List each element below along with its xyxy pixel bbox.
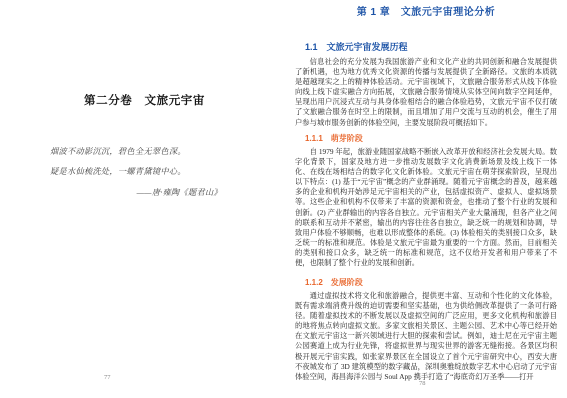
subsection-2-paragraph: 通过虚拟技术将文化和旅游融合，提供更丰富、互动和个性化的文化体验，既有需求端消费…	[295, 291, 557, 382]
page-number-left: 77	[104, 374, 111, 381]
section-intro-paragraph: 信息社会的充分发展为我国旅游产业和文化产业的共同创新和融合发展提供了新机遇，也为…	[295, 57, 557, 128]
poem-attribution: ——唐·雍陶《题君山》	[50, 187, 222, 198]
subsection-1-paragraph: 自 1979 年起，旅游业随国家战略不断嵌入改革开放和经济社会发展大局。数字化背…	[295, 147, 557, 268]
poem-line-1: 烟波不动影沉沉，碧色全无翠色深。	[50, 146, 222, 157]
left-page: 第二分卷 文旅元宇宙 烟波不动影沉沉，碧色全无翠色深。 疑是水仙梳洗处，一螺青黛…	[0, 0, 283, 398]
chapter-title: 第 1 章 文旅元宇宙理论分析	[295, 3, 557, 18]
section-heading-1-1: 1.1 文旅元宇宙发展历程	[305, 40, 408, 53]
poem-line-2: 疑是水仙梳洗处，一螺青黛镜中心。	[50, 166, 222, 177]
subsection-heading-1-1-1: 1.1.1 萌芽阶段	[305, 133, 363, 144]
page-number-right: 78	[419, 380, 426, 387]
poem-block: 烟波不动影沉沉，碧色全无翠色深。 疑是水仙梳洗处，一螺青黛镜中心。 ——唐·雍陶…	[50, 146, 222, 198]
right-page: 第 1 章 文旅元宇宙理论分析 1.1 文旅元宇宙发展历程 信息社会的充分发展为…	[283, 0, 567, 398]
subsection-heading-1-1-2: 1.1.2 发展阶段	[305, 277, 363, 288]
part-title: 第二分卷 文旅元宇宙	[84, 92, 205, 108]
